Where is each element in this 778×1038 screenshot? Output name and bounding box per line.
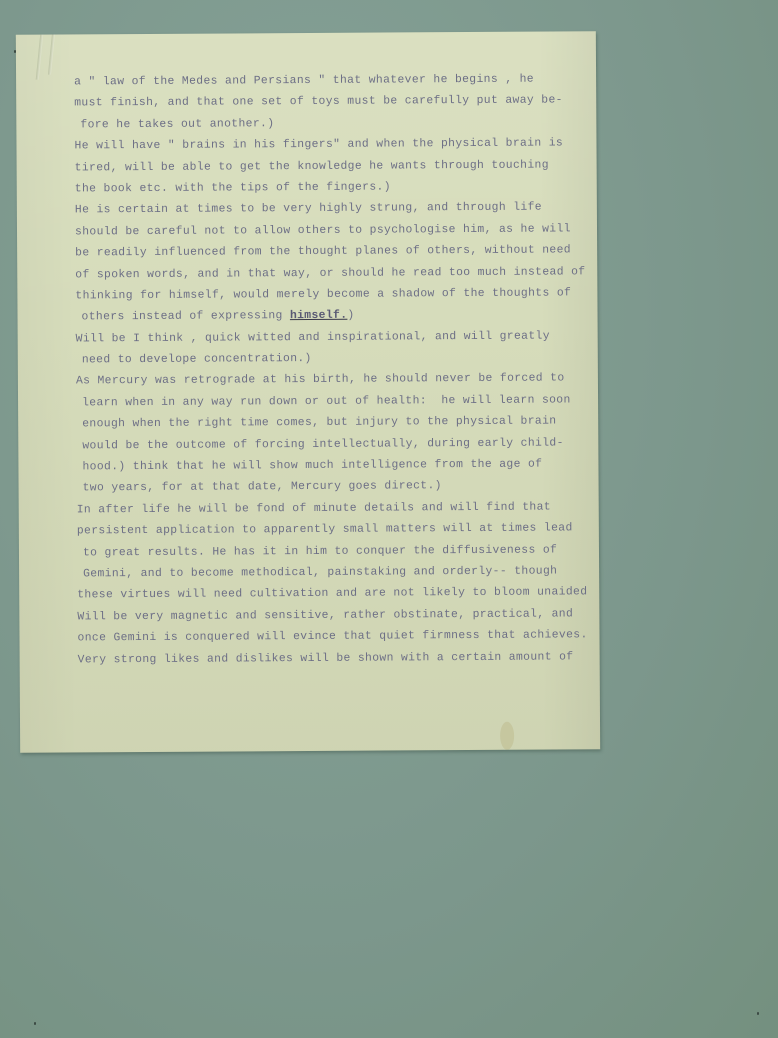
text-line: persistent application to apparently sma… <box>77 518 607 543</box>
text-line-content: would be the outcome of forcing intellec… <box>82 437 564 452</box>
text-line-content: He is certain at times to be very highly… <box>75 202 542 217</box>
text-line: these virtues will need cultivation and … <box>77 583 607 608</box>
text-line-content: He will have " brains in his fingers" an… <box>74 138 563 153</box>
text-line: Will be I think , quick witted and inspi… <box>76 326 606 351</box>
text-line-content: learn when in any way run down or out of… <box>82 394 571 409</box>
dust-speck <box>757 1012 759 1015</box>
text-line-content: Very strong likes and dislikes will be s… <box>78 651 574 666</box>
text-line-content: thinking for himself, would merely becom… <box>75 287 571 302</box>
text-line-content: others instead of expressing <box>82 310 290 323</box>
text-line-content: In after life he will be fond of minute … <box>77 501 551 516</box>
text-line: He is certain at times to be very highly… <box>75 198 605 223</box>
text-line-content: of spoken words, and in that way, or sho… <box>75 266 585 281</box>
dust-speck <box>34 1022 36 1025</box>
text-line-content: Gemini, and to become methodical, painst… <box>83 565 557 580</box>
text-line: Very strong likes and dislikes will be s… <box>78 647 608 672</box>
text-line: thinking for himself, would merely becom… <box>75 283 605 308</box>
text-line-content: fore he takes out another.) <box>80 118 274 131</box>
text-line-content: should be careful not to allow others to… <box>75 223 571 238</box>
paper-stain <box>500 722 514 750</box>
text-line: enough when the right time comes, but in… <box>76 411 606 436</box>
text-line-content: need to develope concentration.) <box>82 353 312 366</box>
text-line-content: enough when the right time comes, but in… <box>82 416 556 431</box>
text-line-content: Will be I think , quick witted and inspi… <box>76 330 550 345</box>
underlined-word: himself. <box>290 310 348 322</box>
fold-crease <box>36 35 43 80</box>
text-line: once Gemini is conquered will evince tha… <box>77 625 607 650</box>
text-line-content: persistent application to apparently sma… <box>77 523 573 538</box>
text-line-content: the book etc. with the tips of the finge… <box>75 181 391 195</box>
dust-speck <box>14 50 16 53</box>
text-line-content: Will be very magnetic and sensitive, rat… <box>77 608 573 623</box>
text-line-suffix: ) <box>347 310 354 322</box>
text-line: He will have " brains in his fingers" an… <box>74 133 604 158</box>
fold-crease <box>48 35 55 75</box>
text-line-content: a " law of the Medes and Persians " that… <box>74 74 534 89</box>
text-line: of spoken words, and in that way, or sho… <box>75 262 605 287</box>
text-line-content: hood.) think that he will show much inte… <box>82 459 542 474</box>
text-line-content: once Gemini is conquered will evince tha… <box>77 629 587 644</box>
text-line-content: tired, will be able to get the knowledge… <box>75 159 549 174</box>
text-line-content: must finish, and that one set of toys mu… <box>74 95 563 110</box>
text-line-content: these virtues will need cultivation and … <box>77 587 587 602</box>
text-line: must finish, and that one set of toys mu… <box>74 91 604 116</box>
text-line: hood.) think that he will show much inte… <box>76 454 606 479</box>
text-line-content: be readily influenced from the thought p… <box>75 245 571 260</box>
text-line: tired, will be able to get the knowledge… <box>75 155 605 180</box>
text-line-content: two years, for at that date, Mercury goe… <box>83 481 442 495</box>
text-line-content: to great results. He has it in him to co… <box>83 544 557 559</box>
text-line-content: As Mercury was retrograde at his birth, … <box>76 373 565 388</box>
text-line: be readily influenced from the thought p… <box>75 240 605 265</box>
paper-sheet: a " law of the Medes and Persians " that… <box>16 31 600 753</box>
text-line: As Mercury was retrograde at his birth, … <box>76 369 606 394</box>
typed-text-body: a " law of the Medes and Persians " that… <box>74 69 608 671</box>
